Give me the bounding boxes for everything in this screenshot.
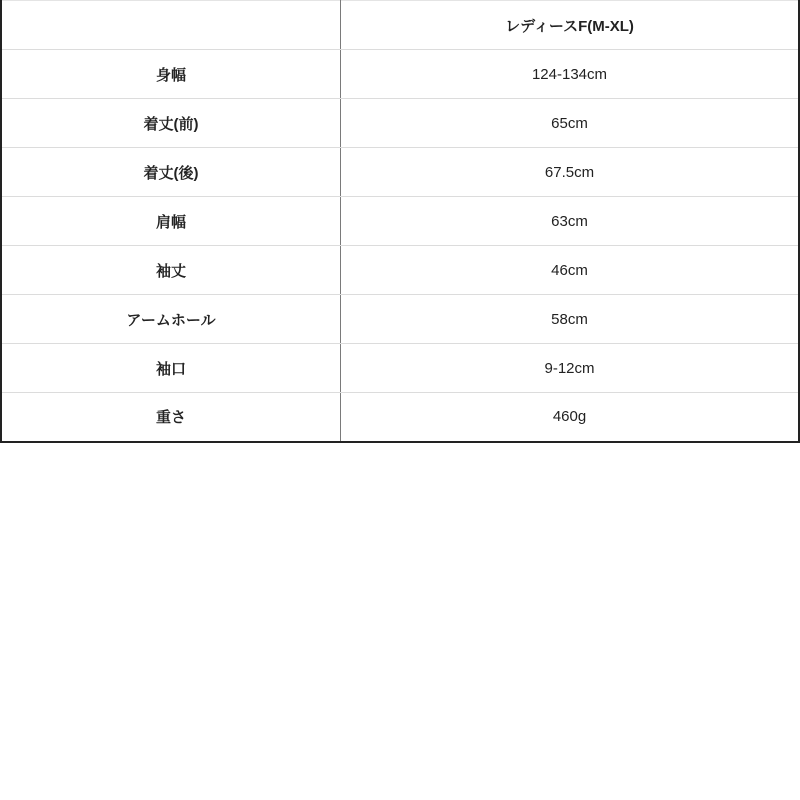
row-value: 46cm: [341, 246, 800, 295]
row-value: 67.5cm: [341, 148, 800, 197]
row-value: 124-134cm: [341, 50, 800, 99]
table-row-armhole: アームホール 58cm: [1, 295, 799, 344]
row-label: アームホール: [1, 295, 341, 344]
table-header-row: レディースF(M-XL): [1, 1, 799, 50]
table-row-body-width: 身幅 124-134cm: [1, 50, 799, 99]
row-label: 着丈(前): [1, 99, 341, 148]
table-row-shoulder-width: 肩幅 63cm: [1, 197, 799, 246]
row-label: 袖丈: [1, 246, 341, 295]
table-row-length-back: 着丈(後) 67.5cm: [1, 148, 799, 197]
row-value: 460g: [341, 393, 800, 442]
row-value: 58cm: [341, 295, 800, 344]
row-value: 65cm: [341, 99, 800, 148]
row-label: 重さ: [1, 393, 341, 442]
table-row-cuff: 袖口 9-12cm: [1, 344, 799, 393]
header-size-label: レディースF(M-XL): [341, 1, 800, 50]
row-label: 肩幅: [1, 197, 341, 246]
header-corner-cell: [1, 1, 341, 50]
row-label: 着丈(後): [1, 148, 341, 197]
row-value: 9-12cm: [341, 344, 800, 393]
table-row-length-front: 着丈(前) 65cm: [1, 99, 799, 148]
row-value: 63cm: [341, 197, 800, 246]
table-row-sleeve-length: 袖丈 46cm: [1, 246, 799, 295]
table-row-weight: 重さ 460g: [1, 393, 799, 442]
row-label: 身幅: [1, 50, 341, 99]
row-label: 袖口: [1, 344, 341, 393]
size-chart-table: レディースF(M-XL) 身幅 124-134cm 着丈(前) 65cm 着丈(…: [0, 0, 800, 443]
